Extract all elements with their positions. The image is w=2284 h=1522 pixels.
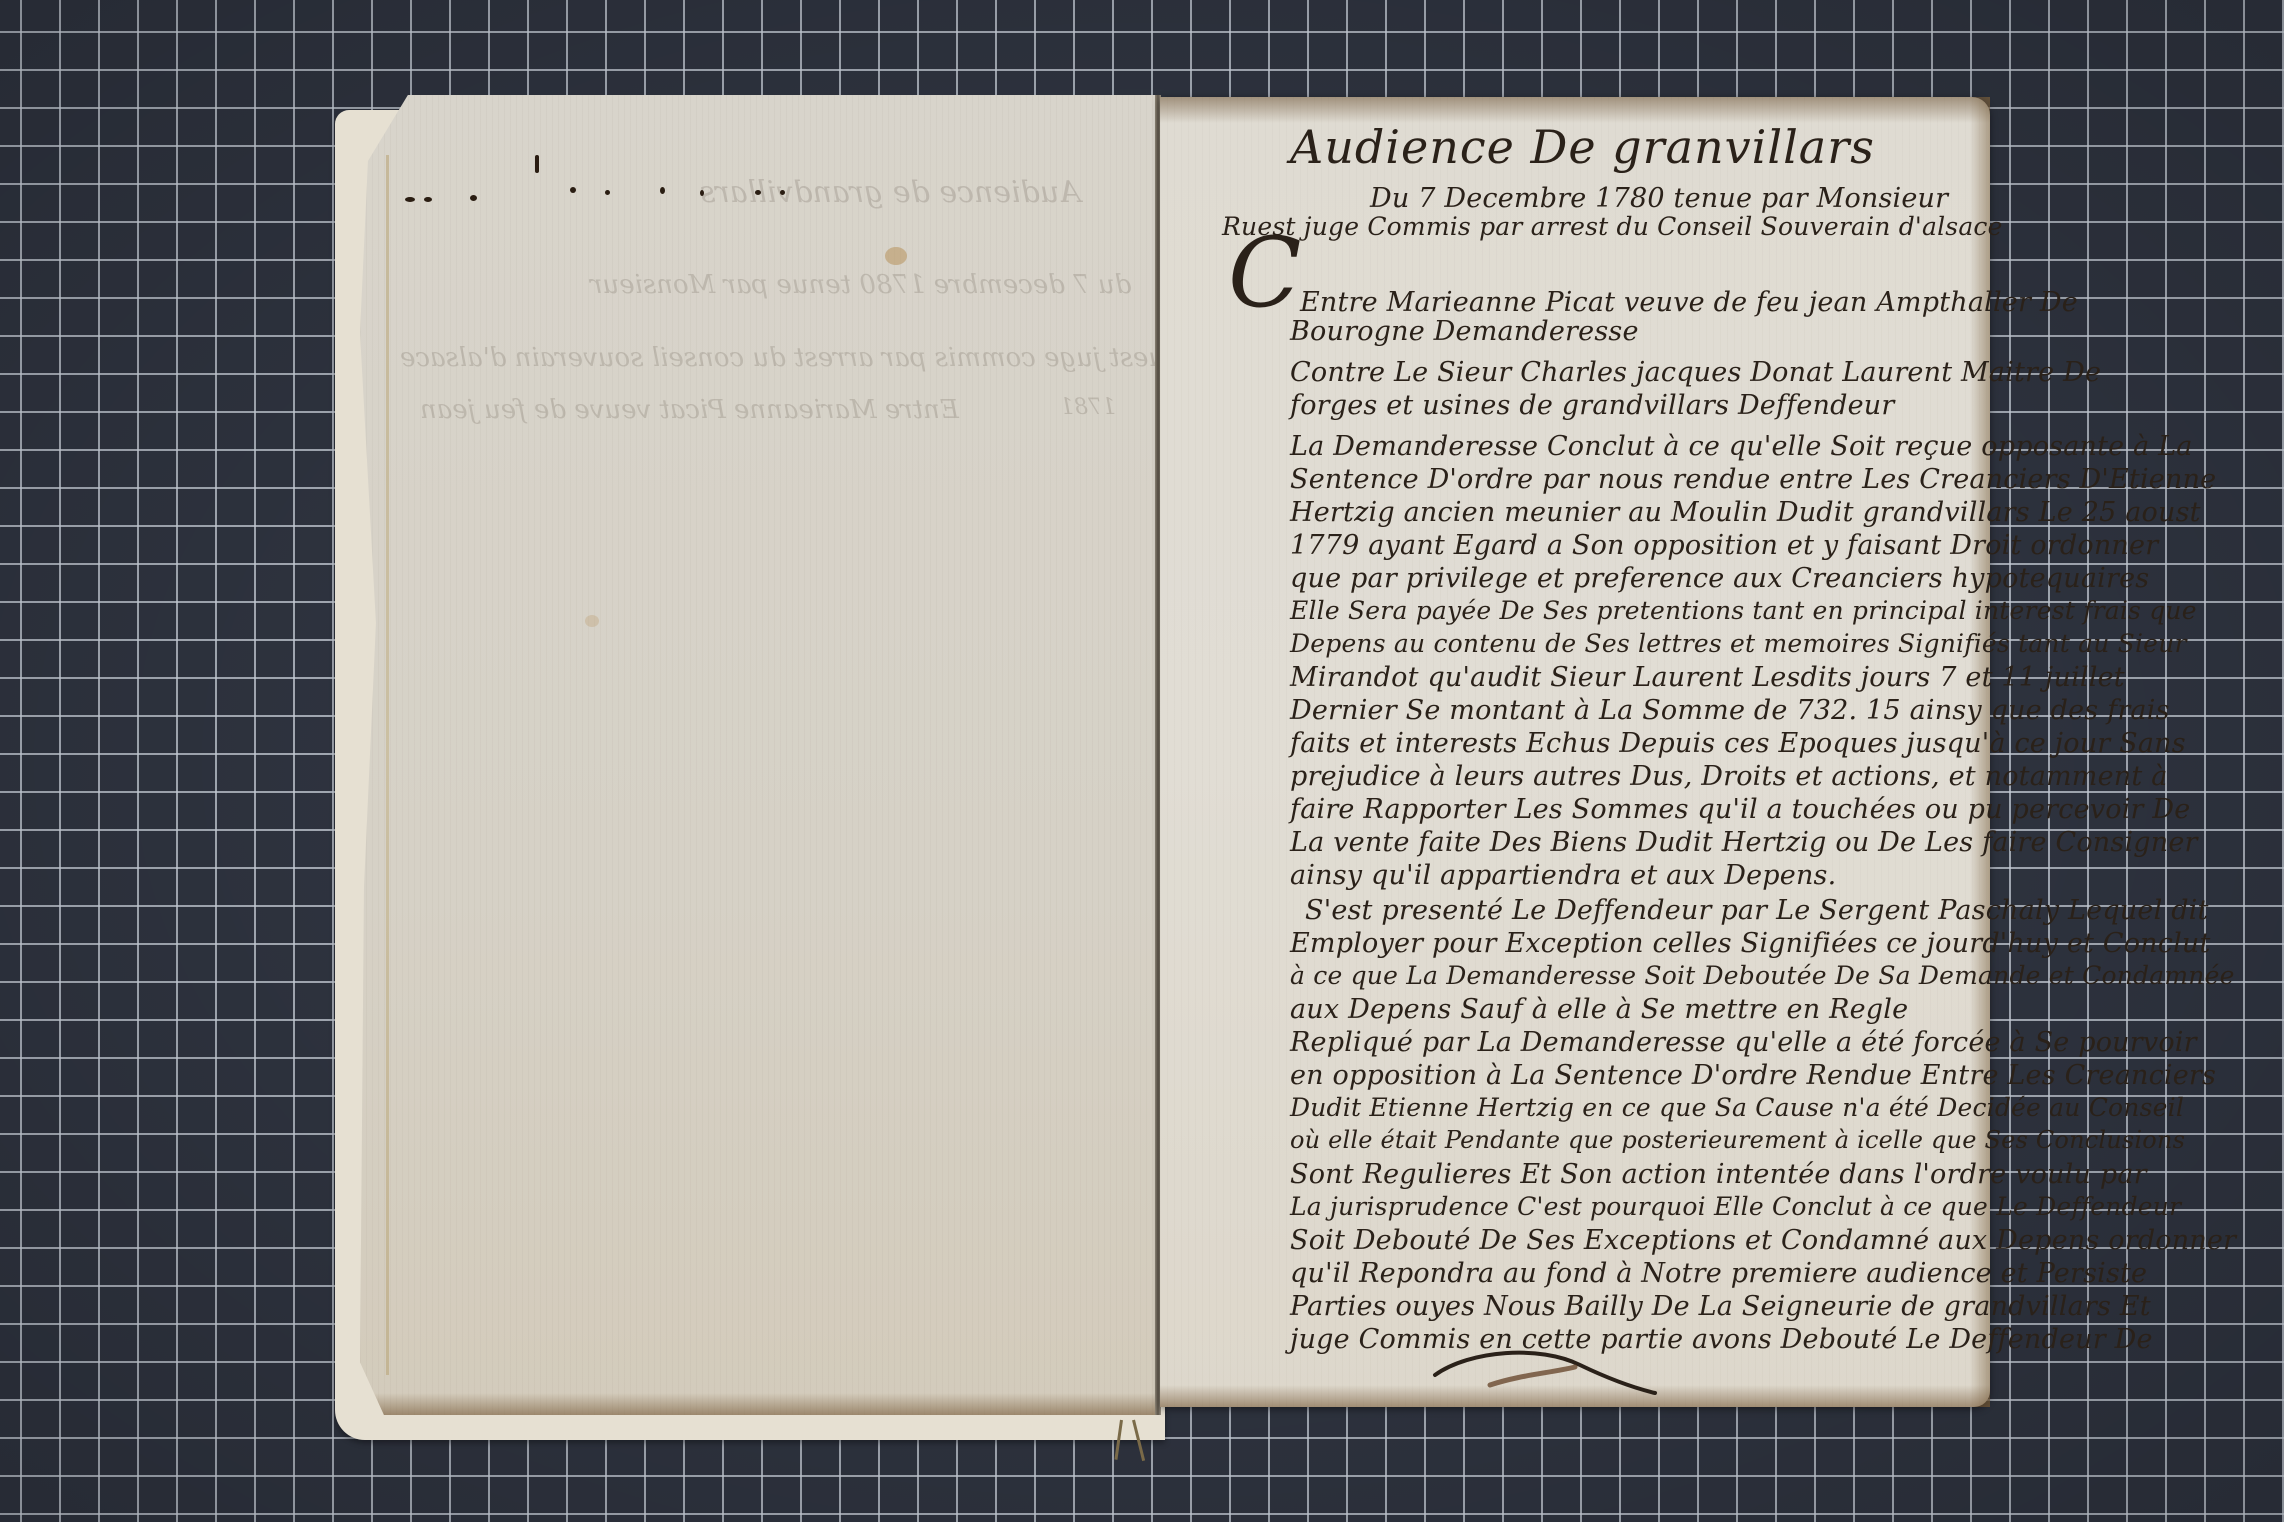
manuscript-spread: Audience de grandvillars du 7 decembre 1… bbox=[0, 0, 2284, 1522]
ink-blot bbox=[700, 190, 704, 196]
text-line: La Demanderesse Conclut à ce qu'elle Soi… bbox=[1290, 431, 2193, 462]
text-line: Ruest juge Commis par arrest du Conseil … bbox=[1222, 212, 2003, 241]
text-line: Contre Le Sieur Charles jacques Donat La… bbox=[1290, 357, 2101, 388]
ink-blot bbox=[605, 190, 610, 195]
text-line: qu'il Repondra au fond à Notre premiere … bbox=[1290, 1258, 2147, 1289]
ink-blot bbox=[780, 190, 785, 195]
text-line: 1779 ayant Egard a Son opposition et y f… bbox=[1290, 530, 2158, 561]
text-line: Sont Regulieres Et Son action intentée d… bbox=[1290, 1159, 2147, 1190]
text-line: Du 7 Decembre 1780 tenue par Monsieur bbox=[1370, 183, 1948, 214]
signature-paraph-icon bbox=[1430, 1345, 1660, 1395]
text-line: Hertzig ancien meunier au Moulin Dudit g… bbox=[1290, 497, 2201, 528]
ink-blot bbox=[570, 187, 576, 193]
text-line: aux Depens Sauf à elle à Se mettre en Re… bbox=[1290, 994, 1908, 1025]
ink-blot bbox=[535, 155, 539, 173]
text-line: Soit Debouté De Ses Exceptions et Condam… bbox=[1290, 1225, 2236, 1256]
left-page: Audience de grandvillars du 7 decembre 1… bbox=[360, 95, 1158, 1415]
text-line: à ce que La Demanderesse Soit Deboutée D… bbox=[1290, 961, 2235, 990]
text-line: Bourogne Demanderesse bbox=[1290, 316, 1639, 347]
text-line: en opposition à La Sentence D'ordre Rend… bbox=[1290, 1060, 2216, 1091]
text-line: que par privilege et preference aux Crea… bbox=[1290, 563, 2149, 594]
text-line: ainsy qu'il appartiendra et aux Depens. bbox=[1290, 860, 1836, 891]
ink-blot bbox=[660, 187, 665, 194]
text-line: Repliqué par La Demanderesse qu'elle a é… bbox=[1290, 1027, 2197, 1058]
bleed-through-line: du 7 decembre 1780 tenue par Monsieur bbox=[590, 270, 1131, 300]
text-line: Entre Marieanne Picat veuve de feu jean … bbox=[1300, 287, 2078, 318]
margin-year-bleed: 1781 bbox=[1060, 395, 1116, 420]
text-line: Sentence D'ordre par nous rendue entre L… bbox=[1290, 464, 2216, 495]
text-line: S'est presenté Le Deffendeur par Le Serg… bbox=[1305, 895, 2209, 926]
bleed-through-line: Entre Marieanne Picat veuve de feu jean bbox=[420, 395, 959, 425]
left-page-bottom-burn bbox=[360, 1393, 1158, 1415]
text-line: Employer pour Exception celles Signifiée… bbox=[1290, 928, 2211, 959]
text-line: Parties ouyes Nous Bailly De La Seigneur… bbox=[1290, 1291, 2151, 1322]
text-line: La vente faite Des Biens Dudit Hertzig o… bbox=[1290, 827, 2198, 858]
text-line: Mirandot qu'audit Sieur Laurent Lesdits … bbox=[1290, 662, 2125, 693]
decorative-initial-E: C bbox=[1228, 225, 1302, 321]
ink-blot bbox=[424, 197, 432, 202]
text-line: faits et interests Echus Depuis ces Epoq… bbox=[1290, 728, 2186, 759]
text-line: La jurisprudence C'est pourquoi Elle Con… bbox=[1290, 1192, 2181, 1221]
text-line: prejudice à leurs autres Dus, Droits et … bbox=[1290, 761, 2168, 792]
text-line: Depens au contenu de Ses lettres et memo… bbox=[1290, 629, 2187, 658]
foxing-stain bbox=[885, 247, 907, 265]
text-line: où elle était Pendante que posterieureme… bbox=[1290, 1126, 2185, 1154]
text-line: Dudit Etienne Hertzig en ce que Sa Cause… bbox=[1290, 1093, 2184, 1122]
text-line: Dernier Se montant à La Somme de 732. 15… bbox=[1290, 695, 2170, 726]
text-line: forges et usines de grandvillars Deffend… bbox=[1290, 390, 1895, 421]
text-line: juge Commis en cette partie avons Debout… bbox=[1290, 1324, 2153, 1355]
foxing-stain bbox=[585, 615, 599, 627]
ink-blot bbox=[755, 190, 761, 195]
text-line: Elle Sera payée De Ses pretentions tant … bbox=[1290, 596, 2197, 625]
document-title: Audience De granvillars bbox=[1290, 120, 1875, 174]
ink-blot bbox=[405, 197, 415, 202]
bleed-through-line: Ruest juge commis par arrest du conseil … bbox=[400, 343, 1185, 373]
left-edge-stain bbox=[386, 155, 389, 1375]
text-line: faire Rapporter Les Sommes qu'il a touch… bbox=[1290, 794, 2190, 825]
ink-blot bbox=[470, 195, 477, 201]
